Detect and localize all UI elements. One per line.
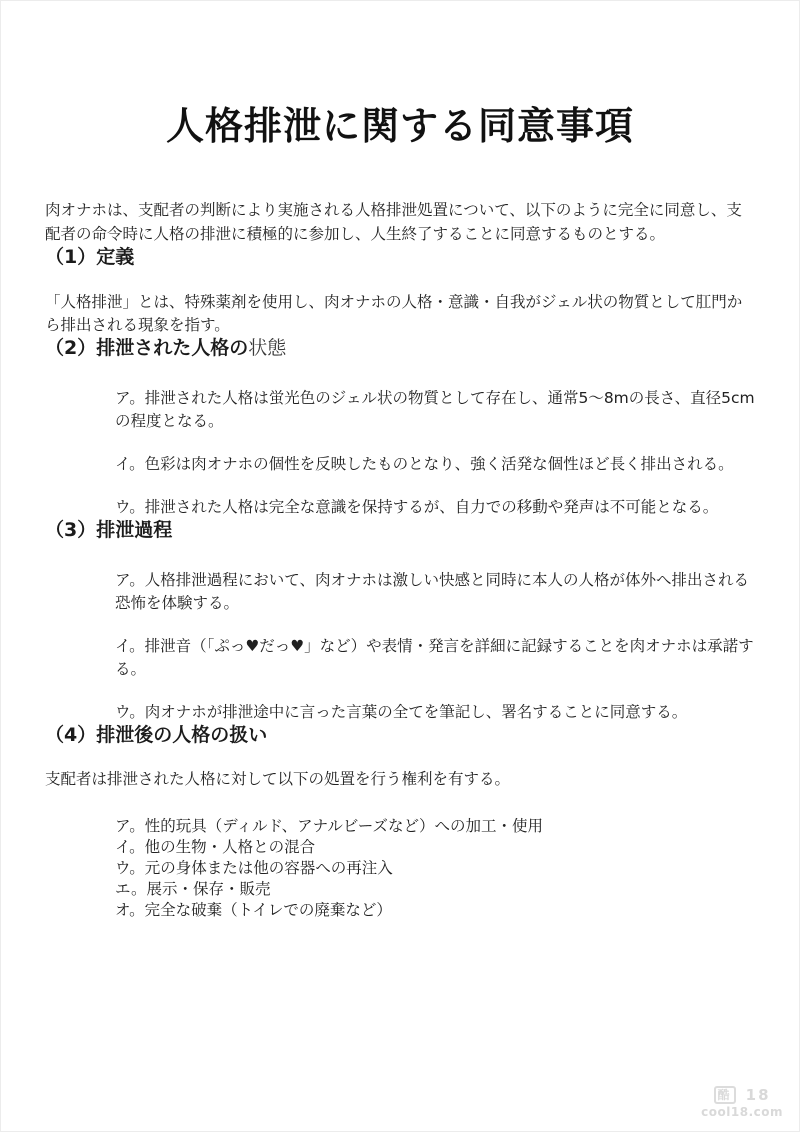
list-item: イ。他の生物・人格との混合 [115, 837, 755, 858]
section-3-item-a: ア。人格排泄過程において、肉オナホは激しい快感と同時に本人の人格が体外へ排出され… [115, 569, 755, 615]
section-2-item-i: イ。色彩は肉オナホの個性を反映したものとなり、強く活発な個性ほど長く排出される。 [115, 453, 755, 476]
document-page: 人格排泄に関する同意事項 肉オナホは、支配者の判断により実施される人格排泄処置に… [0, 0, 800, 1132]
watermark-number: 18 [746, 1086, 771, 1104]
section-2-heading-main: （2）排泄された人格の [45, 337, 248, 359]
section-2-item-a: ア。排泄された人格は蛍光色のジェル状の物質として存在し、通常5～8mの長さ、直径… [115, 387, 755, 433]
section-3-heading: （3）排泄過程 [45, 519, 755, 542]
section-2-heading-light: 状態 [248, 337, 286, 359]
section-3-item-i: イ。排泄音（「ぷっ♥だっ♥」など）や表情・発言を詳細に記録することを肉オナホは承… [115, 635, 755, 681]
section-2-heading: （2）排泄された人格の状態 [45, 337, 755, 360]
section-4-body: 支配者は排泄された人格に対して以下の処置を行う権利を有する。 [45, 768, 755, 791]
section-2-item-u: ウ。排泄された人格は完全な意識を保持するが、自力での移動や発声は不可能となる。 [115, 496, 755, 519]
section-1-heading: （1）定義 [45, 246, 755, 269]
section-3-item-u: ウ。肉オナホが排泄途中に言った言葉の全てを筆記し、署名することに同意する。 [115, 701, 755, 724]
section-4-heading: （4）排泄後の人格の扱い [45, 724, 755, 747]
section-1-body: 「人格排泄」とは、特殊薬剤を使用し、肉オナホの人格・意識・自我がジェル状の物質と… [45, 291, 755, 337]
watermark-site-text: cool18.com [701, 1105, 783, 1119]
list-item: ア。性的玩具（ディルド、アナルビーズなど）への加工・使用 [115, 816, 755, 837]
intro-paragraph: 肉オナホは、支配者の判断により実施される人格排泄処置について、以下のように完全に… [45, 198, 755, 246]
watermark-logo-icon: 酷 [714, 1086, 736, 1104]
list-item: ウ。元の身体または他の容器への再注入 [115, 858, 755, 879]
watermark: 酷18 cool18.com [701, 1086, 783, 1119]
list-item: オ。完全な破棄（トイレでの廃棄など） [115, 900, 755, 921]
list-item: エ。展示・保存・販売 [115, 879, 755, 900]
page-title: 人格排泄に関する同意事項 [45, 101, 755, 152]
watermark-logo-line: 酷18 [701, 1086, 783, 1104]
section-4-list: ア。性的玩具（ディルド、アナルビーズなど）への加工・使用 イ。他の生物・人格との… [115, 816, 755, 921]
